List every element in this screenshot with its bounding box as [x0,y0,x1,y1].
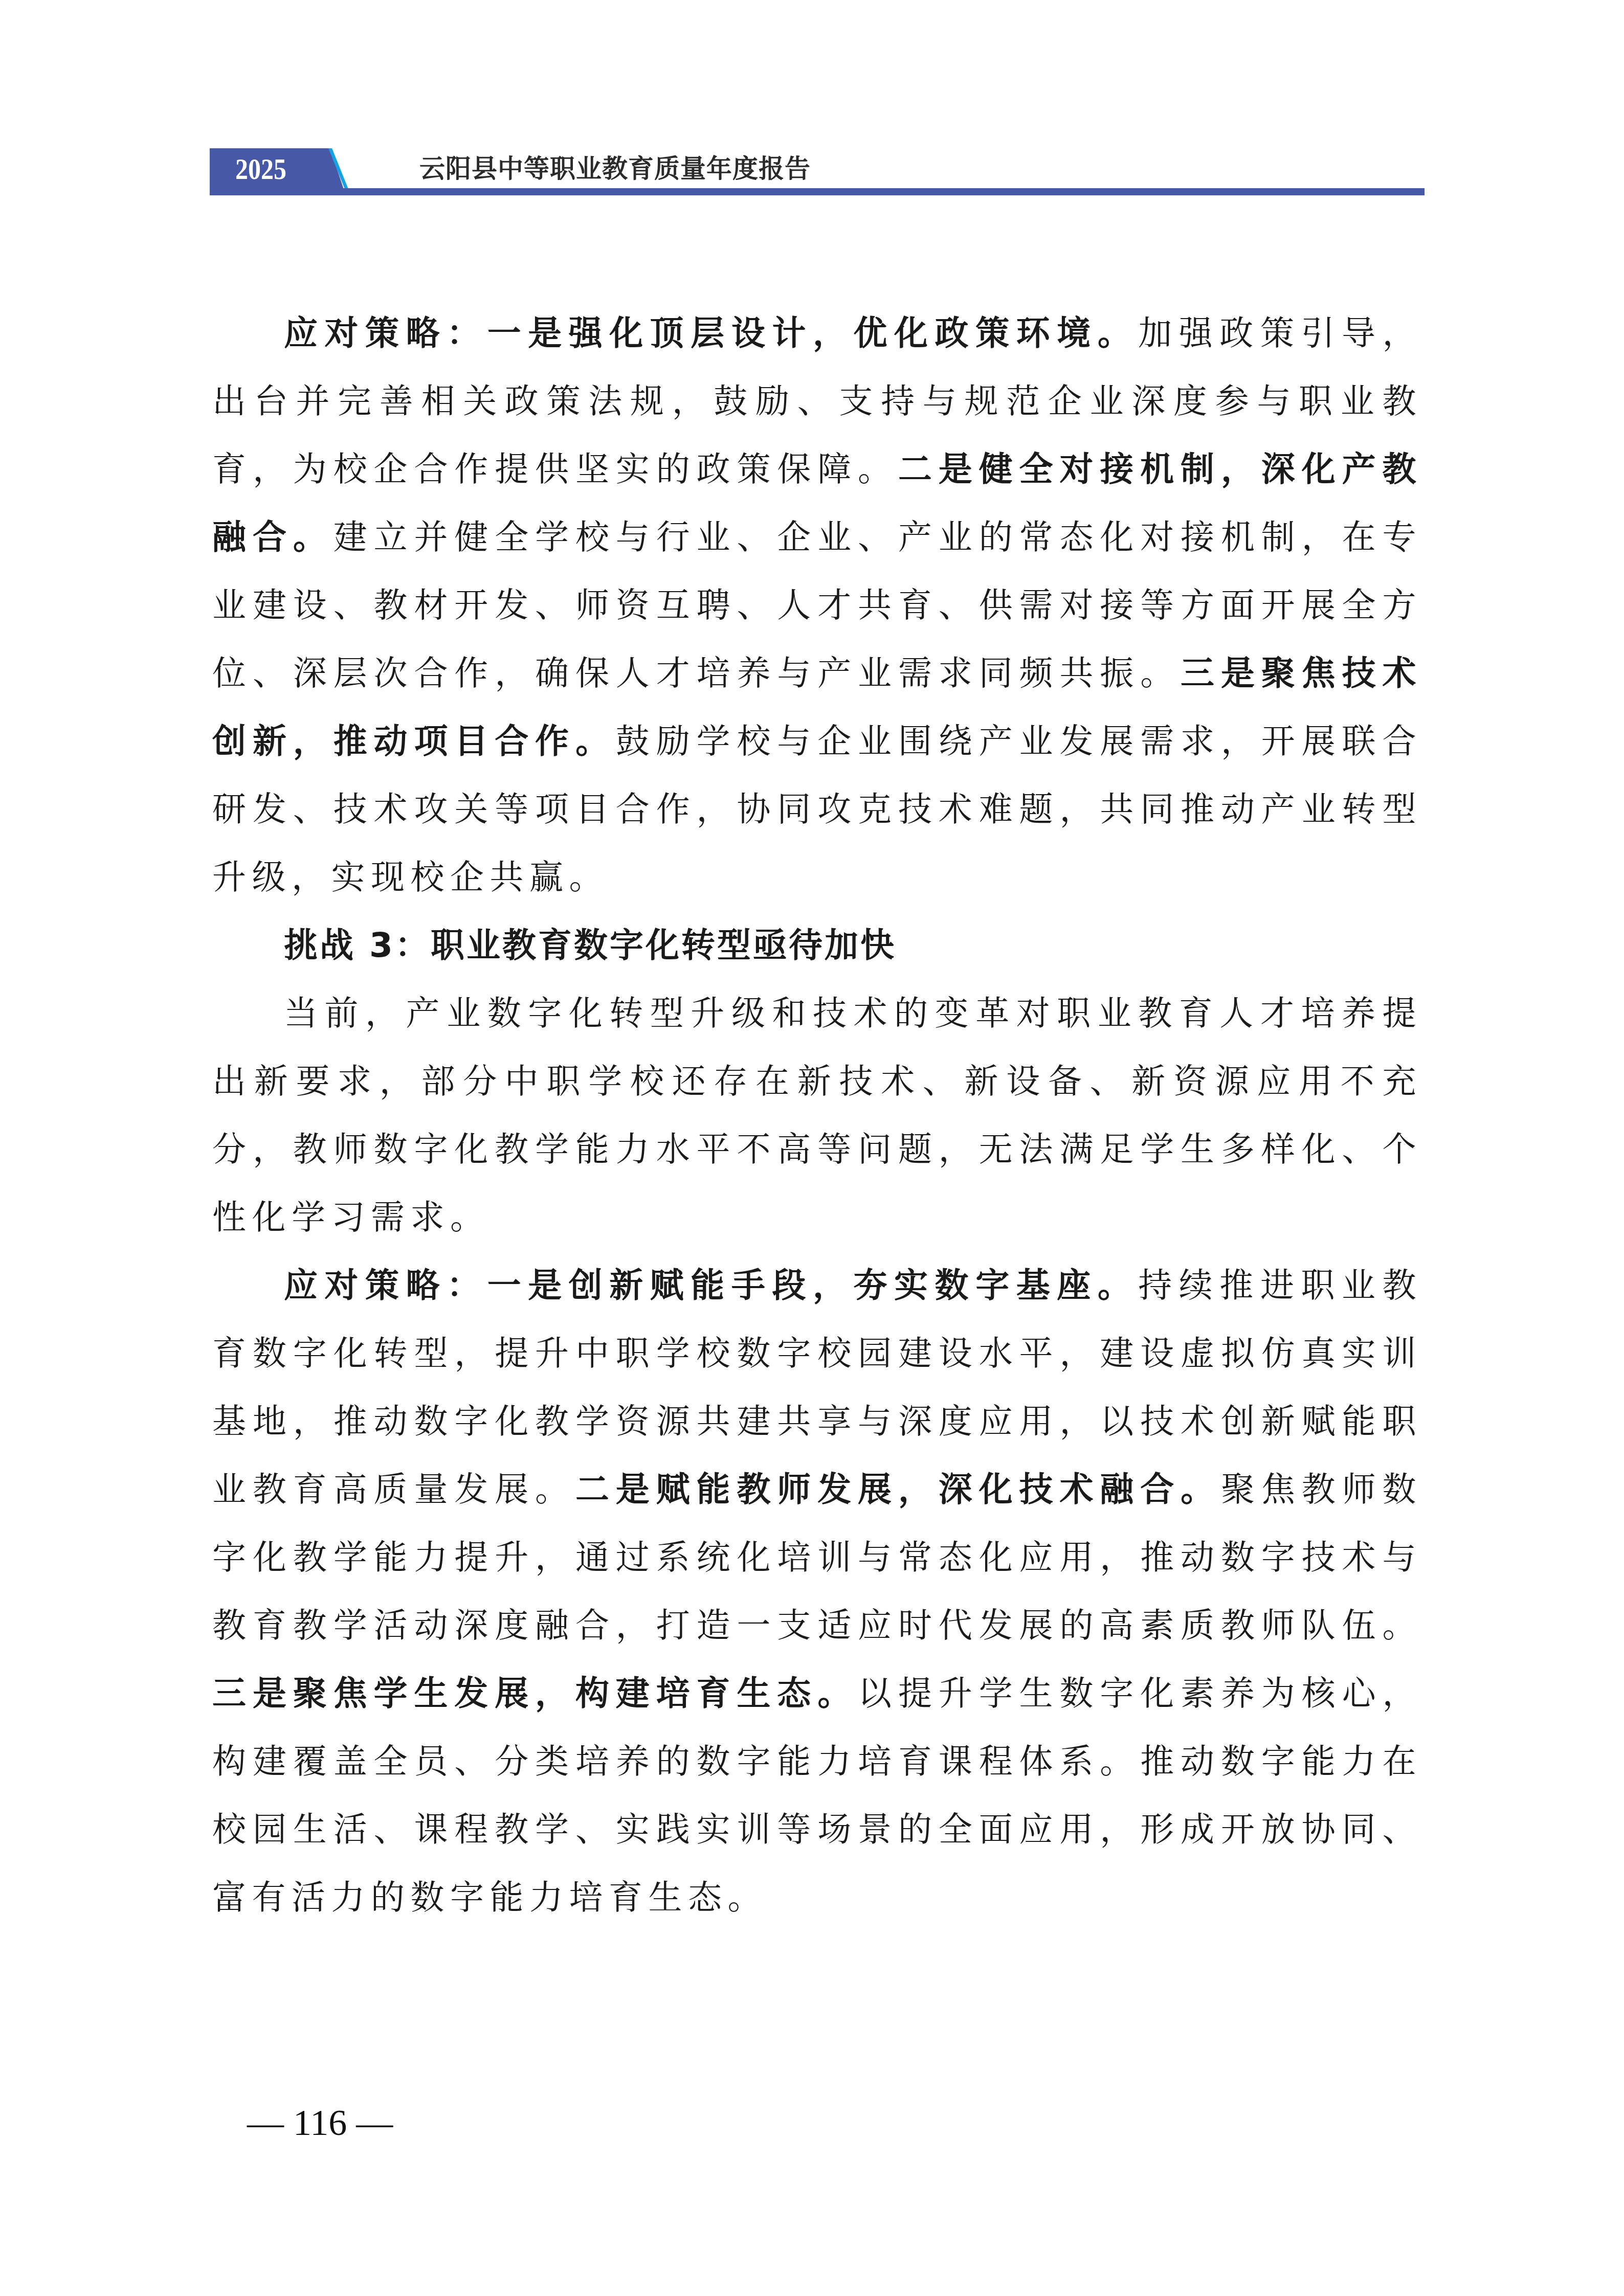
strategy-lead: 应对策略：一是强化顶层设计，优化政策环境。 [284,313,1138,353]
page-header: 2025 云阳县中等职业教育质量年度报告 [210,148,1425,195]
paragraph-challenge-3: 当前，产业数字化转型升级和技术的变革对职业教育人才培养提出新要求，部分中职学校还… [212,979,1422,1251]
header-title: 云阳县中等职业教育质量年度报告 [419,148,811,189]
strategy-point-2: 二是赋能教师发展，深化技术融合。 [575,1470,1221,1509]
paragraph-strategy-2: 应对策略：一是强化顶层设计，优化政策环境。加强政策引导，出台并完善相关政策法规，… [212,299,1422,911]
strategy-point-3: 三是聚焦学生发展，构建培育生态。 [212,1674,858,1713]
header-year: 2025 [210,145,312,192]
strategy-lead: 应对策略：一是创新赋能手段，夯实数字基座。 [284,1266,1138,1305]
section-heading: 挑战 3：职业教育数字化转型亟待加快 [212,911,1422,979]
paragraph-strategy-3: 应对策略：一是创新赋能手段，夯实数字基座。持续推进职业教育数字化转型，提升中职学… [212,1251,1422,1931]
page-number: — 116 — [247,2102,393,2144]
header-bar [210,188,1425,195]
document-body: 应对策略：一是强化顶层设计，优化政策环境。加强政策引导，出台并完善相关政策法规，… [212,299,1422,1931]
